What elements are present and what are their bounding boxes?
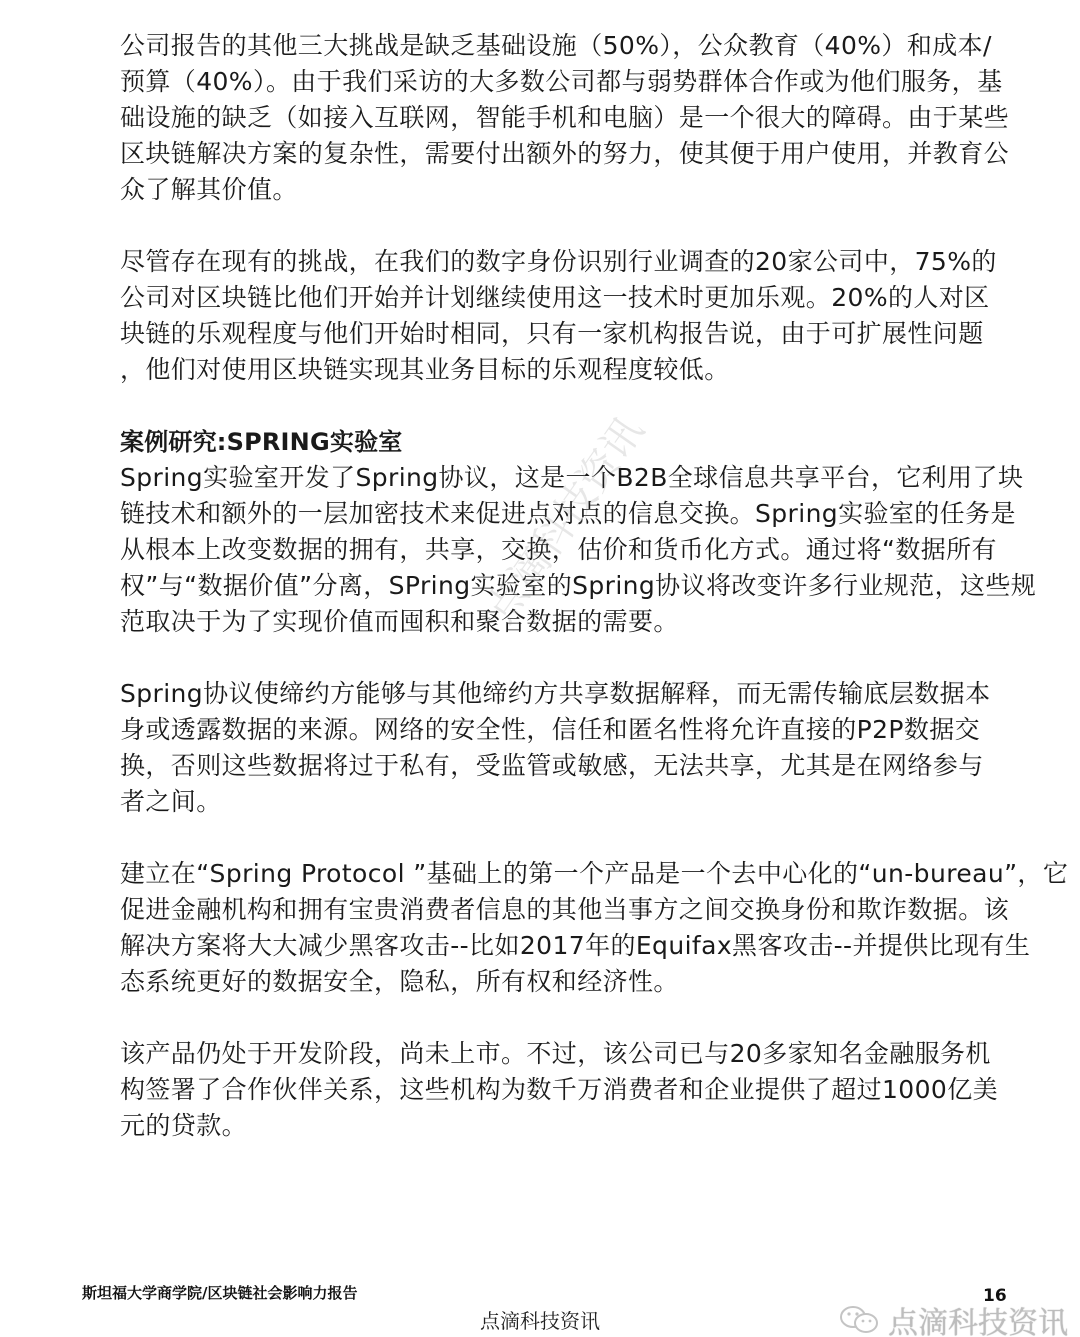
text-line: 构签署了合作伙伴关系，这些机构为数千万消费者和企业提供了超过1000亿美 bbox=[120, 1072, 990, 1108]
text-line: 块链的乐观程度与他们开始时相同，只有一家机构报告说，由于可扩展性问题 bbox=[120, 316, 990, 352]
text-line: 建立在“Spring Protocol ”基础上的第一个产品是一个去中心化的“u… bbox=[120, 856, 990, 892]
text-line: 公司对区块链比他们开始并计划继续使用这一技术时更加乐观。20%的人对区 bbox=[120, 280, 990, 316]
text-line: Spring协议使缔约方能够与其他缔约方共享数据解释，而无需传输底层数据本 bbox=[120, 676, 990, 712]
paragraph-product-status: 该产品仍处于开发阶段，尚未上市。不过，该公司已与20多家知名金融服务机 构签署了… bbox=[120, 1036, 990, 1144]
watermark-text: 点滴科技资讯 bbox=[888, 1298, 1068, 1337]
footer-report-title: 斯坦福大学商学院/区块链社会影响力报告 bbox=[82, 1282, 357, 1303]
text-line: 该产品仍处于开发阶段，尚未上市。不过，该公司已与20多家知名金融服务机 bbox=[120, 1036, 990, 1072]
text-line: 众了解其价值。 bbox=[120, 172, 990, 208]
text-line: 促进金融机构和拥有宝贵消费者信息的其他当事方之间交换身份和欺诈数据。该 bbox=[120, 892, 990, 928]
case-study-heading: 案例研究:SPRING实验室 bbox=[120, 424, 990, 460]
text-line: 区块链解决方案的复杂性，需要付出额外的努力，使其便于用户使用，并教育公 bbox=[120, 136, 990, 172]
text-line: Spring实验室开发了Spring协议，这是一个B2B全球信息共享平台，它利用… bbox=[120, 460, 990, 496]
text-line: 解决方案将大大减少黑客攻击--比如2017年的Equifax黑客攻击--并提供比… bbox=[120, 928, 990, 964]
text-line: 身或透露数据的来源。网络的安全性，信任和匿名性将允许直接的P2P数据交 bbox=[120, 712, 990, 748]
paragraph-spring-intro: Spring实验室开发了Spring协议，这是一个B2B全球信息共享平台，它利用… bbox=[120, 460, 990, 640]
text-line: 元的贷款。 bbox=[120, 1108, 990, 1144]
text-line: 尽管存在现有的挑战，在我们的数字身份识别行业调查的20家公司中，75%的 bbox=[120, 244, 990, 280]
paragraph-un-bureau: 建立在“Spring Protocol ”基础上的第一个产品是一个去中心化的“u… bbox=[120, 856, 990, 1000]
wechat-watermark: 点滴科技资讯 bbox=[838, 1298, 1068, 1337]
document-page: 公司报告的其他三大挑战是缺乏基础设施（50%），公众教育（40%）和成本/ 预算… bbox=[120, 28, 990, 1180]
text-line: 范取决于为了实现价值而囤积和聚合数据的需要。 bbox=[120, 604, 990, 640]
paragraph-challenges: 公司报告的其他三大挑战是缺乏基础设施（50%），公众教育（40%）和成本/ 预算… bbox=[120, 28, 990, 208]
text-line: 态系统更好的数据安全，隐私，所有权和经济性。 bbox=[120, 964, 990, 1000]
footer-source-label: 点滴科技资讯 bbox=[480, 1305, 600, 1334]
text-line: 换，否则这些数据将过于私有，受监管或敏感，无法共享，尤其是在网络参与 bbox=[120, 748, 990, 784]
text-line: ，他们对使用区块链实现其业务目标的乐观程度较低。 bbox=[120, 352, 990, 388]
text-line: 公司报告的其他三大挑战是缺乏基础设施（50%），公众教育（40%）和成本/ bbox=[120, 28, 990, 64]
text-line: 者之间。 bbox=[120, 784, 990, 820]
paragraph-optimism: 尽管存在现有的挑战，在我们的数字身份识别行业调查的20家公司中，75%的 公司对… bbox=[120, 244, 990, 388]
text-line: 预算（40%）。由于我们采访的大多数公司都与弱势群体合作或为他们服务，基 bbox=[120, 64, 990, 100]
wechat-icon bbox=[838, 1304, 882, 1336]
text-line: 权”与“数据价值”分离，SPring实验室的Spring协议将改变许多行业规范，… bbox=[120, 568, 990, 604]
text-line: 从根本上改变数据的拥有，共享，交换，估价和货币化方式。通过将“数据所有 bbox=[120, 532, 990, 568]
paragraph-spring-protocol: Spring协议使缔约方能够与其他缔约方共享数据解释，而无需传输底层数据本 身或… bbox=[120, 676, 990, 820]
text-line: 础设施的缺乏（如接入互联网，智能手机和电脑）是一个很大的障碍。由于某些 bbox=[120, 100, 990, 136]
text-line: 链技术和额外的一层加密技术来促进点对点的信息交换。Spring实验室的任务是 bbox=[120, 496, 990, 532]
